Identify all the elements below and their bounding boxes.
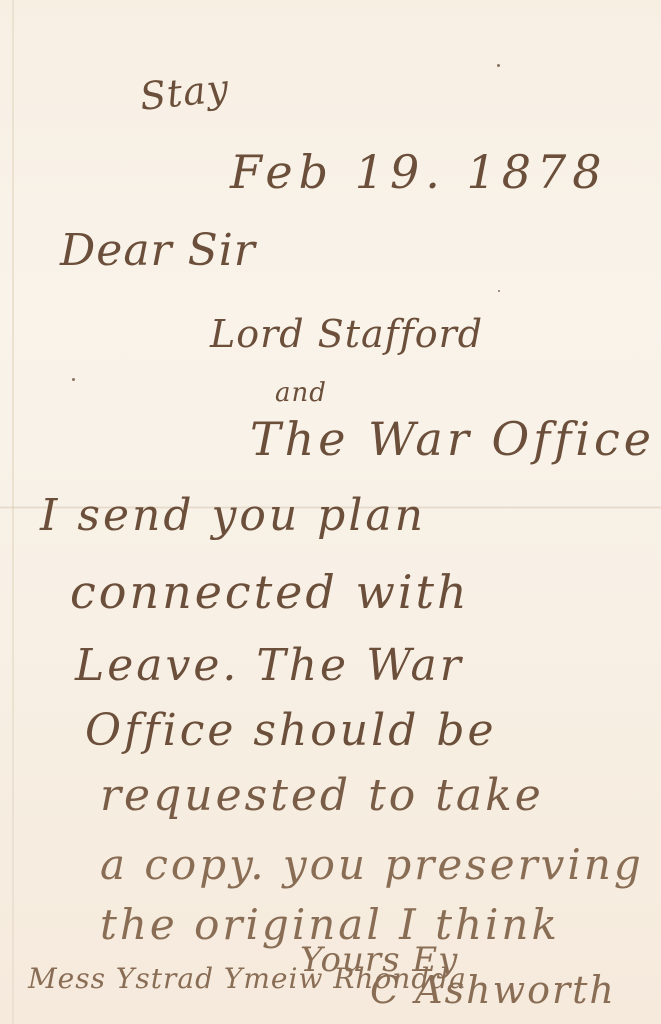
subject-line: and xyxy=(275,378,327,408)
body-line: a copy. you preserving xyxy=(100,840,644,889)
paper-edge xyxy=(12,0,14,1024)
body-line: connected with xyxy=(70,565,470,619)
subject-line: Lord Stafford xyxy=(210,312,483,356)
body-line: requested to take xyxy=(100,770,544,821)
ink-speck xyxy=(498,290,500,292)
letter-salutation: Dear Sir xyxy=(60,225,256,276)
subject-line: The War Office xyxy=(250,412,655,466)
body-line: I send you plan xyxy=(40,490,426,541)
ink-speck xyxy=(72,378,75,381)
body-line: Leave. The War xyxy=(75,640,464,691)
body-line: Office should be xyxy=(85,705,497,756)
letter-date: Feb 19. 1878 xyxy=(230,145,608,199)
letter-page: Stay Feb 19. 1878 Dear Sir Lord Stafford… xyxy=(0,0,661,1024)
letter-place: Stay xyxy=(138,66,232,119)
signature: C Ashworth xyxy=(370,968,616,1012)
ink-speck xyxy=(497,64,500,67)
